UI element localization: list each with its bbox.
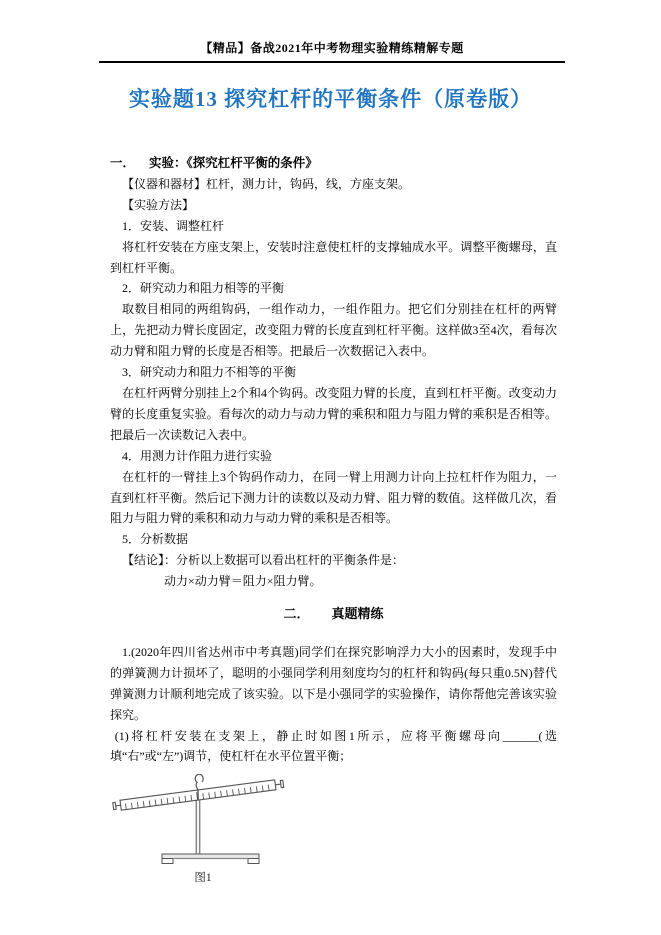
step1-title: 1．安装、调整杠杆 xyxy=(110,216,557,237)
header-text: 【精品】备战2021年中考物理实验精练精解专题 xyxy=(200,41,464,55)
conclusion-label: 【结论】：分析以上数据可以看出杠杆的平衡条件是： xyxy=(110,550,557,571)
step2-body: 取数目相同的两组钩码，一组作动力，一组作阻力。把它们分别挂在杠杆的两臂上，先把动… xyxy=(110,299,557,362)
lever-diagram xyxy=(112,774,294,867)
apparatus-line: 【仪器和器材】杠杆，测力计，钩码，线，方座支架。 xyxy=(110,174,557,195)
page-header: 【精品】备战2021年中考物理实验精练精解专题 xyxy=(99,0,565,63)
section1-number: 一． xyxy=(110,153,135,174)
step4-body: 在杠杆的一臂挂上3个钩码作动力，在同一臂上用测力计向上拉杠杆作为阻力，一直到杠杆… xyxy=(110,467,557,530)
document-page: 【精品】备战2021年中考物理实验精练精解专题 实验题13 探究杠杆的平衡条件（… xyxy=(0,0,661,935)
step2-title: 2．研究动力和阻力相等的平衡 xyxy=(110,278,557,299)
document-body: 一．实验：《探究杠杆平衡的条件》 【仪器和器材】杠杆，测力计，钩码，线，方座支架… xyxy=(110,153,557,889)
section2-title: 真题精练 xyxy=(332,606,384,621)
section2-number: 二． xyxy=(283,604,309,625)
figure-1: 图1 xyxy=(112,774,294,889)
step3-title: 3．研究动力和阻力不相等的平衡 xyxy=(110,362,557,383)
section1-heading: 一．实验：《探究杠杆平衡的条件》 xyxy=(110,153,557,174)
step1-body: 将杠杆安装在方座支架上，安装时注意使杠杆的支撑轴成水平。调整平衡螺母，直到杠杆平… xyxy=(110,237,557,279)
balance-nut-right xyxy=(275,781,284,789)
step4-title: 4．用测力计作阻力进行实验 xyxy=(110,446,557,467)
section1-title: 实验：《探究杠杆平衡的条件》 xyxy=(149,156,318,170)
step3-body: 在杠杆两臂分别挂上2个和4个钩码。改变阻力臂的长度，直到杠杆平衡。改变动力臂的长… xyxy=(110,383,557,446)
question1-part1: (1)将杠杆安装在支架上，静止时如图1所示，应将平衡螺母向______(选填“右… xyxy=(110,726,557,768)
step5-title: 5．分析数据 xyxy=(110,529,557,550)
figure1-caption: 图1 xyxy=(112,868,294,889)
method-label: 【实验方法】 xyxy=(110,195,557,216)
conclusion-formula: 动力×动力臂＝阻力×阻力臂。 xyxy=(110,571,557,592)
question1-intro: 1.(2020年四川省达州市中考真题)同学们在探究影响浮力大小的因素时，发现手中… xyxy=(110,642,557,726)
stand-post xyxy=(196,799,200,855)
page-title: 实验题13 探究杠杆的平衡条件（原卷版） xyxy=(0,83,661,113)
stand-base xyxy=(162,854,259,864)
section2-heading: 二．真题精练 xyxy=(110,604,557,625)
